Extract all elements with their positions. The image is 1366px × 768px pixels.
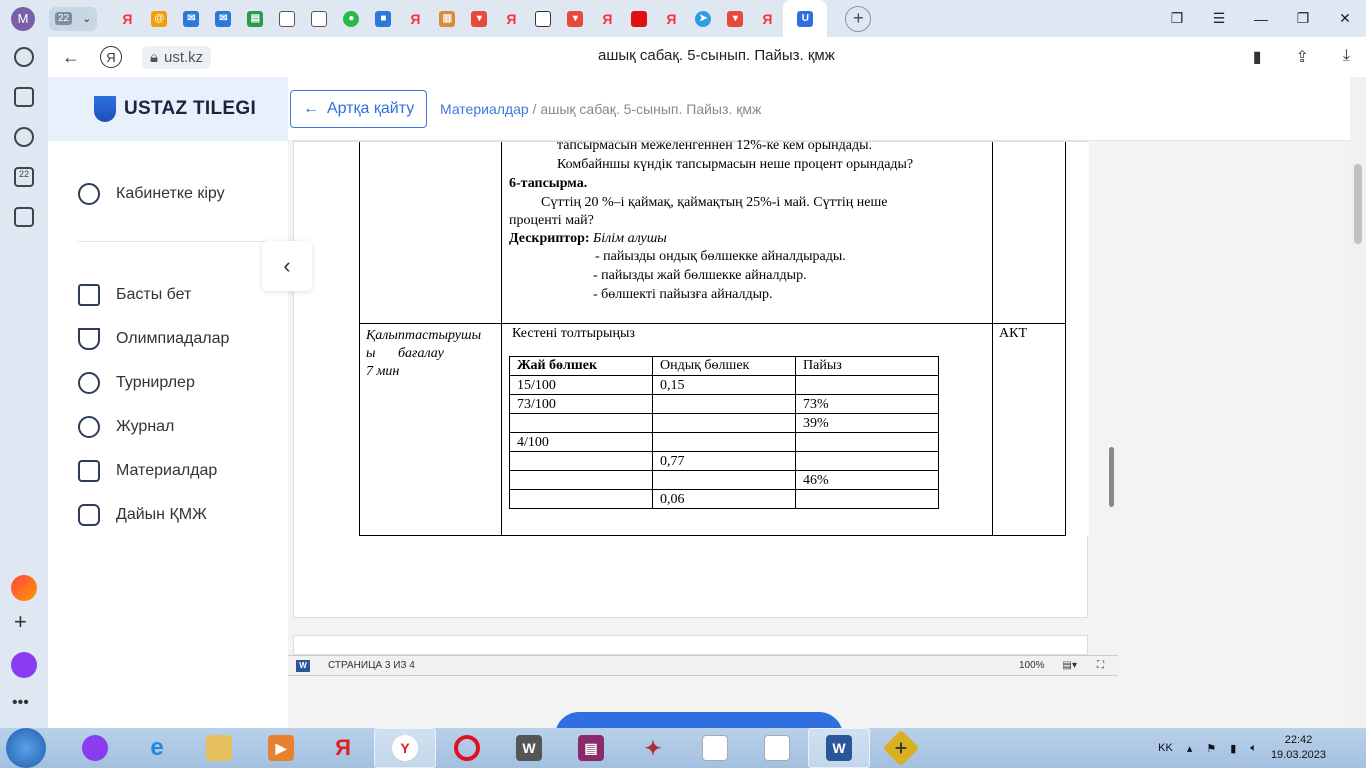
graduation-cap-icon: [78, 284, 100, 306]
taskbar-explorer[interactable]: [188, 728, 250, 768]
tab-doc-2[interactable]: [303, 0, 335, 37]
taskbar-word[interactable]: W: [808, 728, 870, 768]
flag-icon[interactable]: ⚑: [1206, 742, 1216, 755]
breadcrumb: Материалдар / ашық сабақ. 5-сынып. Пайыз…: [440, 101, 761, 117]
table-cell: [653, 433, 796, 452]
minimize-icon[interactable]: —: [1240, 11, 1282, 27]
taskbar-apps: e ▶ Я Y W ▤ ✦ W ✕: [64, 728, 932, 768]
back-arrow-icon[interactable]: ←: [62, 47, 80, 68]
document-scrollbar[interactable]: [1109, 447, 1114, 507]
document-page: тапсырмасын межеленгеннен 12%-ке кем оры…: [294, 142, 1089, 536]
collections-icon[interactable]: ❐: [1156, 10, 1198, 27]
share-icon[interactable]: ⇪: [1296, 47, 1309, 67]
table-cell: [510, 414, 653, 433]
tab-red-square[interactable]: [623, 0, 655, 37]
table-cell: 4/100: [510, 433, 653, 452]
table-cell: 39%: [796, 414, 939, 433]
url-field[interactable]: 🔒︎ ust.kz: [142, 46, 211, 69]
award-icon: [78, 416, 100, 438]
page-scrollbar[interactable]: [1350, 77, 1366, 728]
table-cell: 46%: [796, 471, 939, 490]
table-cell: [796, 452, 939, 471]
screenshot-icon[interactable]: [14, 207, 34, 227]
sidebar-item-journal[interactable]: Журнал: [78, 416, 174, 438]
taskbar-yandex[interactable]: Я: [312, 728, 374, 768]
language-indicator[interactable]: KK: [1158, 742, 1173, 754]
table-border: [501, 142, 502, 536]
sidebar-item-tournaments[interactable]: Турнирлер: [78, 372, 195, 394]
sidebar-item-home[interactable]: Басты бет: [78, 284, 191, 306]
restore-icon[interactable]: ❐: [1282, 10, 1324, 27]
table-cell: [653, 471, 796, 490]
tab-bookmark[interactable]: ▾: [463, 0, 495, 37]
document-icon: [78, 460, 100, 482]
play-icon[interactable]: [14, 127, 34, 147]
more-icon[interactable]: •••: [12, 694, 29, 712]
breadcrumb-current: ашық сабақ. 5-сынып. Пайыз. қмж: [540, 101, 761, 117]
breadcrumb-materials-link[interactable]: Материалдар: [440, 101, 529, 117]
tab-bookmark-2[interactable]: ▾: [559, 0, 591, 37]
alice-icon[interactable]: [11, 652, 37, 678]
tab-library[interactable]: ▥: [431, 0, 463, 37]
tab-mail[interactable]: @: [143, 0, 175, 37]
taskbar-opera[interactable]: [436, 728, 498, 768]
table-border: [1065, 142, 1066, 536]
table-cell: 73%: [796, 395, 939, 414]
sidebar-item-olympiads[interactable]: Олимпиадалар: [78, 328, 229, 350]
taskbar-app[interactable]: ✦: [622, 728, 684, 768]
logo-icon: [94, 96, 116, 122]
back-button[interactable]: ← Артқа қайту: [290, 90, 427, 128]
trophy-icon: [78, 328, 100, 350]
tab-counter-button[interactable]: 22 ⌄: [49, 7, 97, 31]
tab-whatsapp[interactable]: ●: [335, 0, 367, 37]
tab-hex[interactable]: [527, 0, 559, 37]
chevron-down-icon: ⌄: [82, 12, 91, 25]
system-tray: KK ▴ ⚑ ▮ 🔈︎ 22:42 19.03.2023: [1158, 728, 1326, 768]
tab-ustaz-tilegi-active[interactable]: U: [783, 0, 827, 37]
profile-avatar[interactable]: M: [11, 7, 35, 31]
tab-yandex-5[interactable]: Я: [655, 0, 687, 37]
taskbar-file[interactable]: [684, 728, 746, 768]
tab-count: 22: [55, 12, 72, 25]
table-cell: 15/100: [510, 376, 653, 395]
taskbar-yandex-browser[interactable]: Y: [374, 728, 436, 768]
taskbar-alice[interactable]: [64, 728, 126, 768]
table-cell: [653, 395, 796, 414]
tab-yandex-2[interactable]: Я: [399, 0, 431, 37]
table-border: [359, 142, 360, 536]
new-tab-button[interactable]: +: [845, 6, 871, 32]
collapse-sidebar-button[interactable]: ‹: [262, 241, 312, 291]
word-icon: W: [296, 660, 310, 672]
windows-taskbar: e ▶ Я Y W ▤ ✦ W ✕ KK ▴ ⚑ ▮ 🔈︎ 22:42 19.0…: [0, 728, 1366, 768]
chevron-left-icon: ‹: [283, 253, 290, 279]
fraction-table: Жай бөлшек Ондық бөлшек Пайыз 15/1000,15…: [509, 356, 939, 509]
scrollbar-thumb[interactable]: [1354, 164, 1362, 244]
browser-side-rail: 22 + •••: [0, 37, 48, 728]
main-content: ← Артқа қайту Материалдар / ашық сабақ. …: [288, 77, 1350, 728]
taskbar-game[interactable]: W: [498, 728, 560, 768]
table-cell: 0,15: [653, 376, 796, 395]
tab-strip: Я @ ✉ ✉ ▤ ● ■ Я ▥ ▾ Я ▾ Я Я ➤ ▾ Я U: [111, 0, 827, 37]
tab-doc[interactable]: [271, 0, 303, 37]
play-icon: [78, 504, 100, 526]
browser-tab-bar: M 22 ⌄ Я @ ✉ ✉ ▤ ● ■ Я ▥ ▾ Я ▾ Я Я ➤ ▾ Я…: [0, 0, 1366, 37]
tab-yandex[interactable]: Я: [111, 0, 143, 37]
lock-icon: 🔒︎: [150, 49, 158, 66]
table-cell: 73/100: [510, 395, 653, 414]
content-header: ← Артқа қайту Материалдар / ашық сабақ. …: [288, 77, 1350, 141]
taskbar-ie[interactable]: e: [126, 728, 188, 768]
table-border: [992, 142, 993, 536]
download-icon[interactable]: ⤓: [1343, 47, 1350, 67]
taskbar-file-2[interactable]: [746, 728, 808, 768]
table-cell: [510, 452, 653, 471]
tab-cube[interactable]: ■: [367, 0, 399, 37]
table-row: 15/1000,15: [510, 376, 939, 395]
column-header: Пайыз: [796, 357, 939, 376]
column-header: Ондық бөлшек: [653, 357, 796, 376]
table-cell: 0,77: [653, 452, 796, 471]
collections-icon[interactable]: [14, 87, 34, 107]
divider: [78, 241, 286, 242]
tray-expand-icon[interactable]: ▴: [1187, 742, 1193, 755]
add-icon[interactable]: +: [14, 609, 27, 635]
table-row: 39%: [510, 414, 939, 433]
page-title: ашық сабақ. 5-сынып. Пайыз. қмж: [598, 47, 835, 64]
table-row: 0,77: [510, 452, 939, 471]
tab-mail-2[interactable]: ✉: [175, 0, 207, 37]
menu-icon[interactable]: ☰: [1198, 10, 1240, 27]
word-status-bar: W СТРАНИЦА 3 ИЗ 4 100% ▤▾ ⛶: [288, 655, 1118, 676]
tab-yandex-6[interactable]: Я: [751, 0, 783, 37]
table-cell: [796, 490, 939, 509]
next-document-page: [293, 635, 1088, 655]
tab-yandex-3[interactable]: Я: [495, 0, 527, 37]
view-mode-icon[interactable]: ▤▾: [1063, 660, 1077, 671]
sidebar-item-materials[interactable]: Материалдар: [78, 460, 217, 482]
tab-yandex-4[interactable]: Я: [591, 0, 623, 37]
table-cell: [510, 471, 653, 490]
yandex-icon[interactable]: Я: [100, 46, 122, 68]
start-button[interactable]: [6, 728, 46, 768]
clock[interactable]: 22:42 19.03.2023: [1271, 733, 1326, 763]
table-cell: [510, 490, 653, 509]
logo[interactable]: USTAZ TILEGI: [48, 77, 288, 141]
blue-action-button[interactable]: [555, 712, 843, 728]
taskbar-winrar[interactable]: ▤: [560, 728, 622, 768]
site-sidebar: USTAZ TILEGI Кабинетке кіру Басты бет Ол…: [48, 77, 288, 728]
history-icon[interactable]: [14, 47, 34, 67]
table-border: [359, 323, 1066, 324]
tab-sheets[interactable]: ▤: [239, 0, 271, 37]
table-cell: [653, 414, 796, 433]
fullscreen-icon[interactable]: ⛶: [1097, 660, 1104, 671]
tab-bookmark-3[interactable]: ▾: [719, 0, 751, 37]
table-cell: 0,06: [653, 490, 796, 509]
tab-mail-3[interactable]: ✉: [207, 0, 239, 37]
document-viewer: тапсырмасын межеленгеннен 12%-ке кем оры…: [293, 141, 1088, 618]
volume-icon[interactable]: 🔈︎: [1250, 742, 1257, 755]
table-cell: [796, 376, 939, 395]
close-icon[interactable]: ✕: [1324, 10, 1366, 27]
sidebar-item-ready-lessons[interactable]: Дайын ҚМЖ: [78, 504, 207, 526]
table-row: 46%: [510, 471, 939, 490]
taskbar-app-2[interactable]: ✕: [870, 728, 932, 768]
medal-icon: [78, 372, 100, 394]
column-header: Жай бөлшек: [510, 357, 653, 376]
taskbar-video[interactable]: ▶: [250, 728, 312, 768]
table-row: 73/10073%: [510, 395, 939, 414]
window-controls: ❐ ☰ — ❐ ✕: [1156, 0, 1366, 37]
arrow-left-icon: ←: [303, 100, 319, 118]
calendar-icon[interactable]: 22: [14, 167, 34, 187]
zoom-level[interactable]: 100%: [1019, 660, 1045, 671]
user-icon: [78, 183, 100, 205]
tab-telegram[interactable]: ➤: [687, 0, 719, 37]
page-indicator: СТРАНИЦА 3 ИЗ 4: [328, 660, 415, 671]
bookmark-icon[interactable]: ▮: [1253, 47, 1262, 67]
table-row: 4/100: [510, 433, 939, 452]
login-link[interactable]: Кабинетке кіру: [78, 183, 225, 205]
table-border: [359, 535, 1066, 536]
yandex-market-icon[interactable]: [11, 575, 37, 601]
address-bar: ← Я 🔒︎ ust.kz ашық сабақ. 5-сынып. Пайыз…: [48, 37, 1366, 77]
table-row: 0,06: [510, 490, 939, 509]
table-cell: [796, 433, 939, 452]
network-icon[interactable]: ▮: [1230, 742, 1236, 755]
